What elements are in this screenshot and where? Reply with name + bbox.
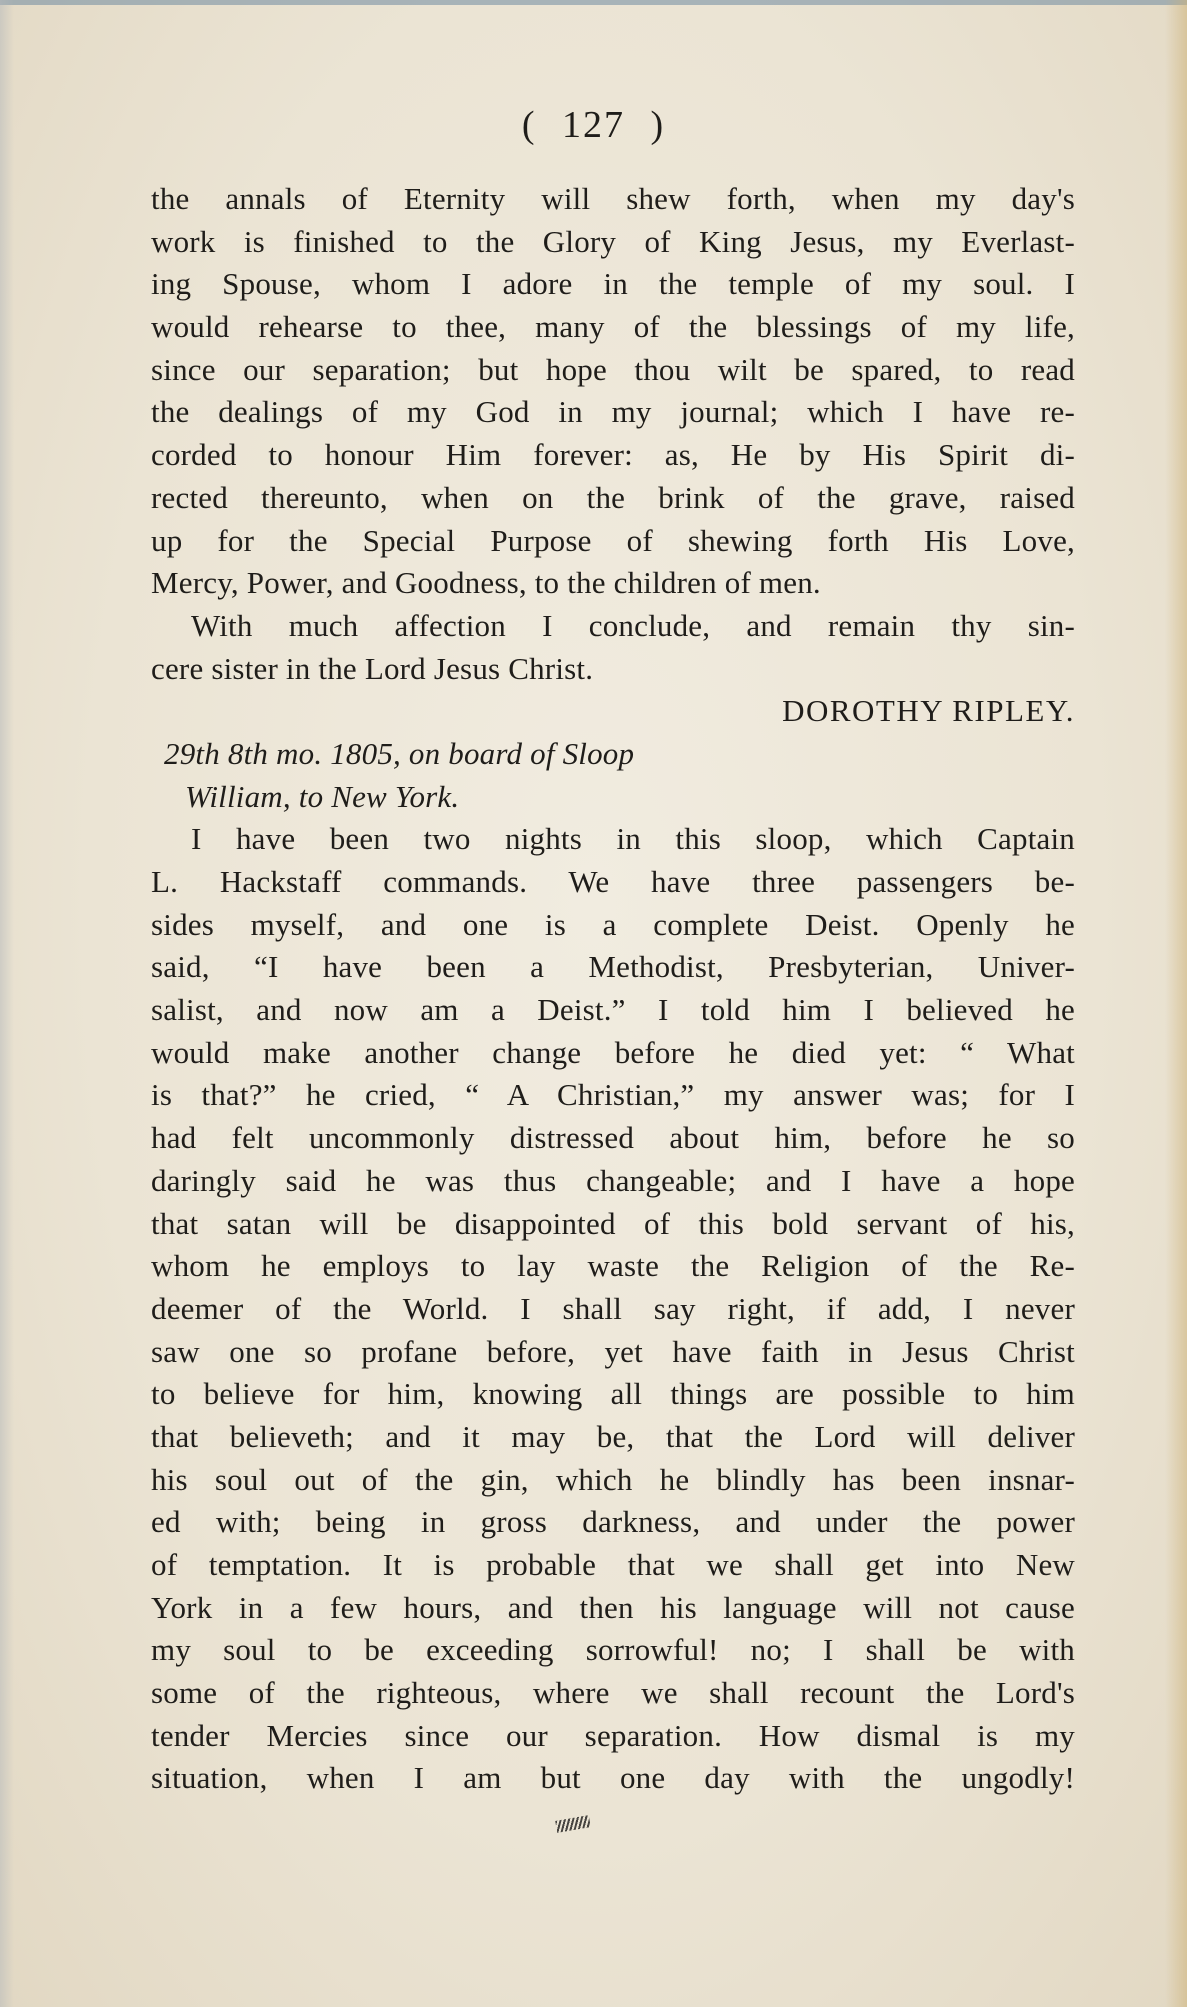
- text-line: of temptation. It is probable that we sh…: [151, 1544, 1075, 1587]
- journal-dateline: 29th 8th mo. 1805, on board of Sloop: [151, 733, 1075, 776]
- text-line: had felt uncommonly distressed about him…: [151, 1117, 1075, 1160]
- body-text: the annals of Eternity will shew forth, …: [151, 178, 1075, 1800]
- text-line: With much affection I conclude, and rema…: [151, 605, 1075, 648]
- text-line: his soul out of the gin, which he blindl…: [151, 1459, 1075, 1502]
- text-line: would make another change before he died…: [151, 1032, 1075, 1075]
- text-line: to believe for him, knowing all things a…: [151, 1373, 1075, 1416]
- text-line: work is finished to the Glory of King Je…: [151, 221, 1075, 264]
- text-line: said, “I have been a Methodist, Presbyte…: [151, 946, 1075, 989]
- signature-line: DOROTHY RIPLEY.: [151, 690, 1075, 733]
- text-line: York in a few hours, and then his langua…: [151, 1587, 1075, 1630]
- page-number: ( 127 ): [0, 103, 1187, 147]
- text-line: situation, when I am but one day with th…: [151, 1757, 1075, 1800]
- text-line: the dealings of my God in my journal; wh…: [151, 391, 1075, 434]
- page-right-edge: [1165, 0, 1187, 2007]
- text-line: daringly said he was thus changeable; an…: [151, 1160, 1075, 1203]
- text-line: the annals of Eternity will shew forth, …: [151, 178, 1075, 221]
- journal-dateline: William, to New York.: [151, 776, 1075, 819]
- text-line: cere sister in the Lord Jesus Christ.: [151, 648, 1075, 691]
- text-line: is that?” he cried, “ A Christian,” my a…: [151, 1074, 1075, 1117]
- text-line: tender Mercies since our separation. How…: [151, 1715, 1075, 1758]
- text-line: saw one so profane before, yet have fait…: [151, 1331, 1075, 1374]
- text-line: that satan will be disappointed of this …: [151, 1203, 1075, 1246]
- page-gutter-shadow: [0, 0, 14, 2007]
- text-line: that believeth; and it may be, that the …: [151, 1416, 1075, 1459]
- text-line: would rehearse to thee, many of the bles…: [151, 306, 1075, 349]
- text-line: corded to honour Him forever: as, He by …: [151, 434, 1075, 477]
- text-line: ed with; being in gross darkness, and un…: [151, 1501, 1075, 1544]
- text-line: my soul to be exceeding sorrowful! no; I…: [151, 1629, 1075, 1672]
- text-line: salist, and now am a Deist.” I told him …: [151, 989, 1075, 1032]
- text-line: sides myself, and one is a complete Deis…: [151, 904, 1075, 947]
- text-line: some of the righteous, where we shall re…: [151, 1672, 1075, 1715]
- text-line: whom he employs to lay waste the Religio…: [151, 1245, 1075, 1288]
- printer-ornament-icon: [555, 1815, 591, 1833]
- text-line: rected thereunto, when on the brink of t…: [151, 477, 1075, 520]
- text-line: L. Hackstaff commands. We have three pas…: [151, 861, 1075, 904]
- text-line: since our separation; but hope thou wilt…: [151, 349, 1075, 392]
- text-line: I have been two nights in this sloop, wh…: [151, 818, 1075, 861]
- scan-top-edge: [0, 0, 1187, 5]
- scanned-book-page: ( 127 ) the annals of Eternity will shew…: [0, 0, 1187, 2007]
- text-line: up for the Special Purpose of shewing fo…: [151, 520, 1075, 563]
- text-line: ing Spouse, whom I adore in the temple o…: [151, 263, 1075, 306]
- text-line: Mercy, Power, and Goodness, to the child…: [151, 562, 1075, 605]
- text-line: deemer of the World. I shall say right, …: [151, 1288, 1075, 1331]
